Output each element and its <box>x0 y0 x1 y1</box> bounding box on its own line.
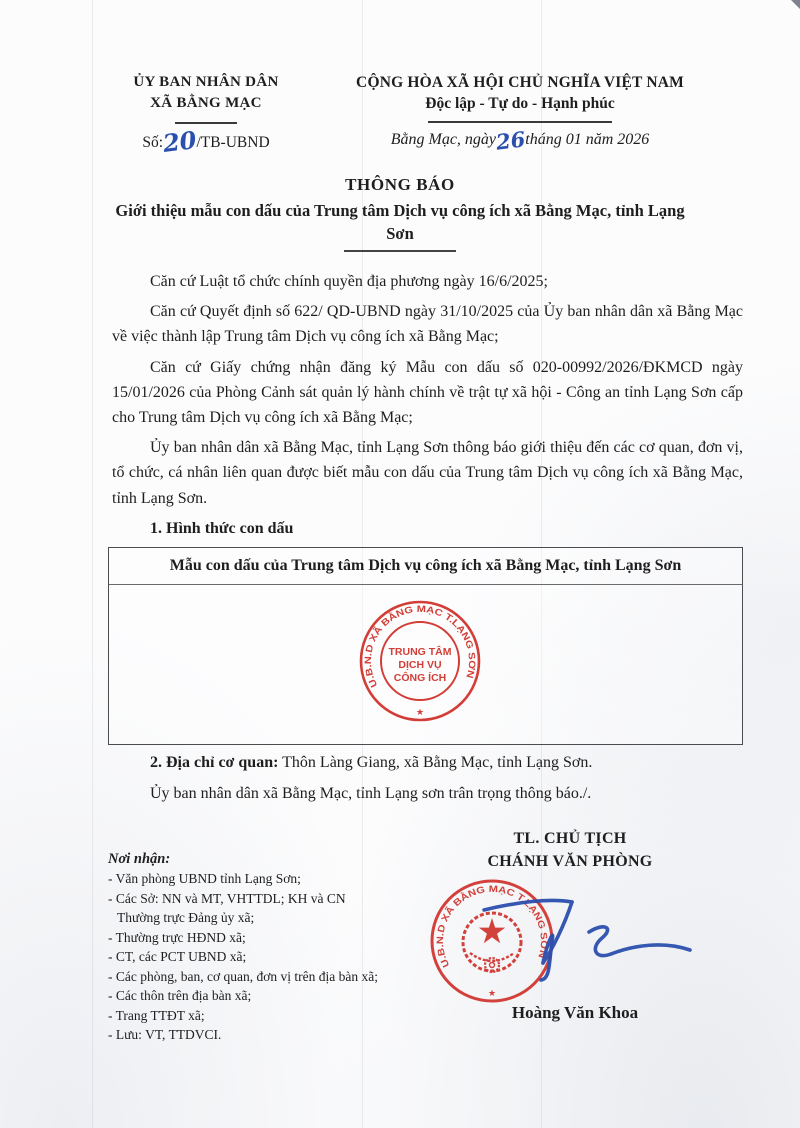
signing-authority-line2: CHÁNH VĂN PHÒNG <box>430 850 710 873</box>
signer-name: Hoàng Văn Khoa <box>440 1003 710 1023</box>
recipient-item: - Các phòng, ban, cơ quan, đơn vị trên đ… <box>108 967 418 987</box>
paragraph-legal-basis-3: Căn cứ Giấy chứng nhận đăng ký Mẫu con d… <box>112 355 743 431</box>
section2-text: Thôn Làng Giang, xã Bằng Mạc, tỉnh Lạng … <box>278 754 592 771</box>
service-center-seal-stamp: U.B.N.D XÃ BẰNG MẠC T.LẠNG SƠN ★ TRUNG T… <box>358 599 482 723</box>
section1-heading: 1. Hình thức con dấu <box>112 516 743 541</box>
scanned-document-page: ỦY BAN NHÂN DÂN XÃ BẰNG MẠC Số:20/TB-UBN… <box>0 0 800 1128</box>
recipient-item: - Văn phòng UBND tỉnh Lạng Sơn; <box>108 869 418 889</box>
section2-address: 2. Địa chỉ cơ quan: Thôn Làng Giang, xã … <box>112 750 744 776</box>
document-type-title: THÔNG BÁO <box>100 174 700 196</box>
recipient-item: - Thường trực HĐND xã; <box>108 928 418 948</box>
national-title: CỘNG HÒA XÃ HỘI CHỦ NGHĨA VIỆT NAM <box>330 72 710 93</box>
seal-center-line1: TRUNG TÂM <box>389 645 452 658</box>
document-subject: Giới thiệu mẫu con dấu của Trung tâm Dịc… <box>100 199 700 245</box>
doc-no-suffix: /TB-UBND <box>196 134 269 151</box>
national-motto-block: CỘNG HÒA XÃ HỘI CHỦ NGHĨA VIỆT NAM Độc l… <box>330 72 710 149</box>
recipient-item: - CT, các PCT UBND xã; <box>108 947 418 967</box>
date-post: tháng 01 năm 2026 <box>525 131 649 148</box>
recipient-item: - Các Sở: NN và MT, VHTTDL; KH và CN <box>108 889 418 909</box>
recipients-block: Nơi nhận: - Văn phòng UBND tỉnh Lạng Sơn… <box>108 849 418 1045</box>
handwritten-doc-number: 20 <box>163 140 196 144</box>
seal-center-line3: CÔNG ÍCH <box>394 671 447 684</box>
seal-center-line2: DỊCH VỤ <box>398 659 441 671</box>
handwritten-signature <box>462 880 702 995</box>
handwritten-day: 26 <box>496 139 525 143</box>
paper-fold-line <box>92 0 93 1128</box>
document-body: Căn cứ Luật tổ chức chính quyền địa phươ… <box>112 269 743 541</box>
paragraph-legal-basis-1: Căn cứ Luật tổ chức chính quyền địa phươ… <box>112 269 743 294</box>
recipient-item: - Lưu: VT, TTDVCI. <box>108 1025 418 1045</box>
section2-label: 2. Địa chỉ cơ quan: <box>150 754 278 771</box>
national-motto: Độc lập - Tự do - Hạnh phúc <box>330 93 710 115</box>
header-left-rule <box>175 122 237 124</box>
recipient-item: - Các thôn trên địa bàn xã; <box>108 986 418 1006</box>
recipient-item: Thường trực Đảng ủy xã; <box>108 908 418 928</box>
issuing-authority-line1: ỦY BAN NHÂN DÂN <box>96 72 316 93</box>
closing-sentence: Ủy ban nhân dân xã Bằng Mạc, tỉnh Lạng s… <box>112 781 744 807</box>
document-title-block: THÔNG BÁO Giới thiệu mẫu con dấu của Tru… <box>100 174 700 252</box>
document-number: Số:20/TB-UBND <box>96 134 316 152</box>
scan-corner-artifact <box>791 0 800 9</box>
issuing-authority-block: ỦY BAN NHÂN DÂN XÃ BẰNG MẠC Số:20/TB-UBN… <box>96 72 316 152</box>
paragraph-announcement: Ủy ban nhân dân xã Bằng Mạc, tỉnh Lạng S… <box>112 435 743 511</box>
recipient-item: - Trang TTĐT xã; <box>108 1006 418 1026</box>
title-underline <box>344 250 456 252</box>
place-date-line: Bằng Mạc, ngày26tháng 01 năm 2026 <box>330 131 710 149</box>
signature-title-block: TL. CHỦ TỊCH CHÁNH VĂN PHÒNG <box>430 827 710 873</box>
signing-authority-line1: TL. CHỦ TỊCH <box>430 827 710 850</box>
header-right-rule <box>428 121 612 123</box>
seal-sample-caption: Mẫu con dấu của Trung tâm Dịch vụ công í… <box>109 548 742 585</box>
recipients-label: Nơi nhận: <box>108 849 418 869</box>
doc-no-prefix: Số: <box>142 134 163 151</box>
seal-bottom-star-icon: ★ <box>416 707 424 717</box>
issuing-authority-line2: XÃ BẰNG MẠC <box>96 93 316 114</box>
paragraph-legal-basis-2: Căn cứ Quyết định số 622/ QD-UBND ngày 3… <box>112 299 743 349</box>
date-pre: Bằng Mạc, ngày <box>391 131 496 148</box>
